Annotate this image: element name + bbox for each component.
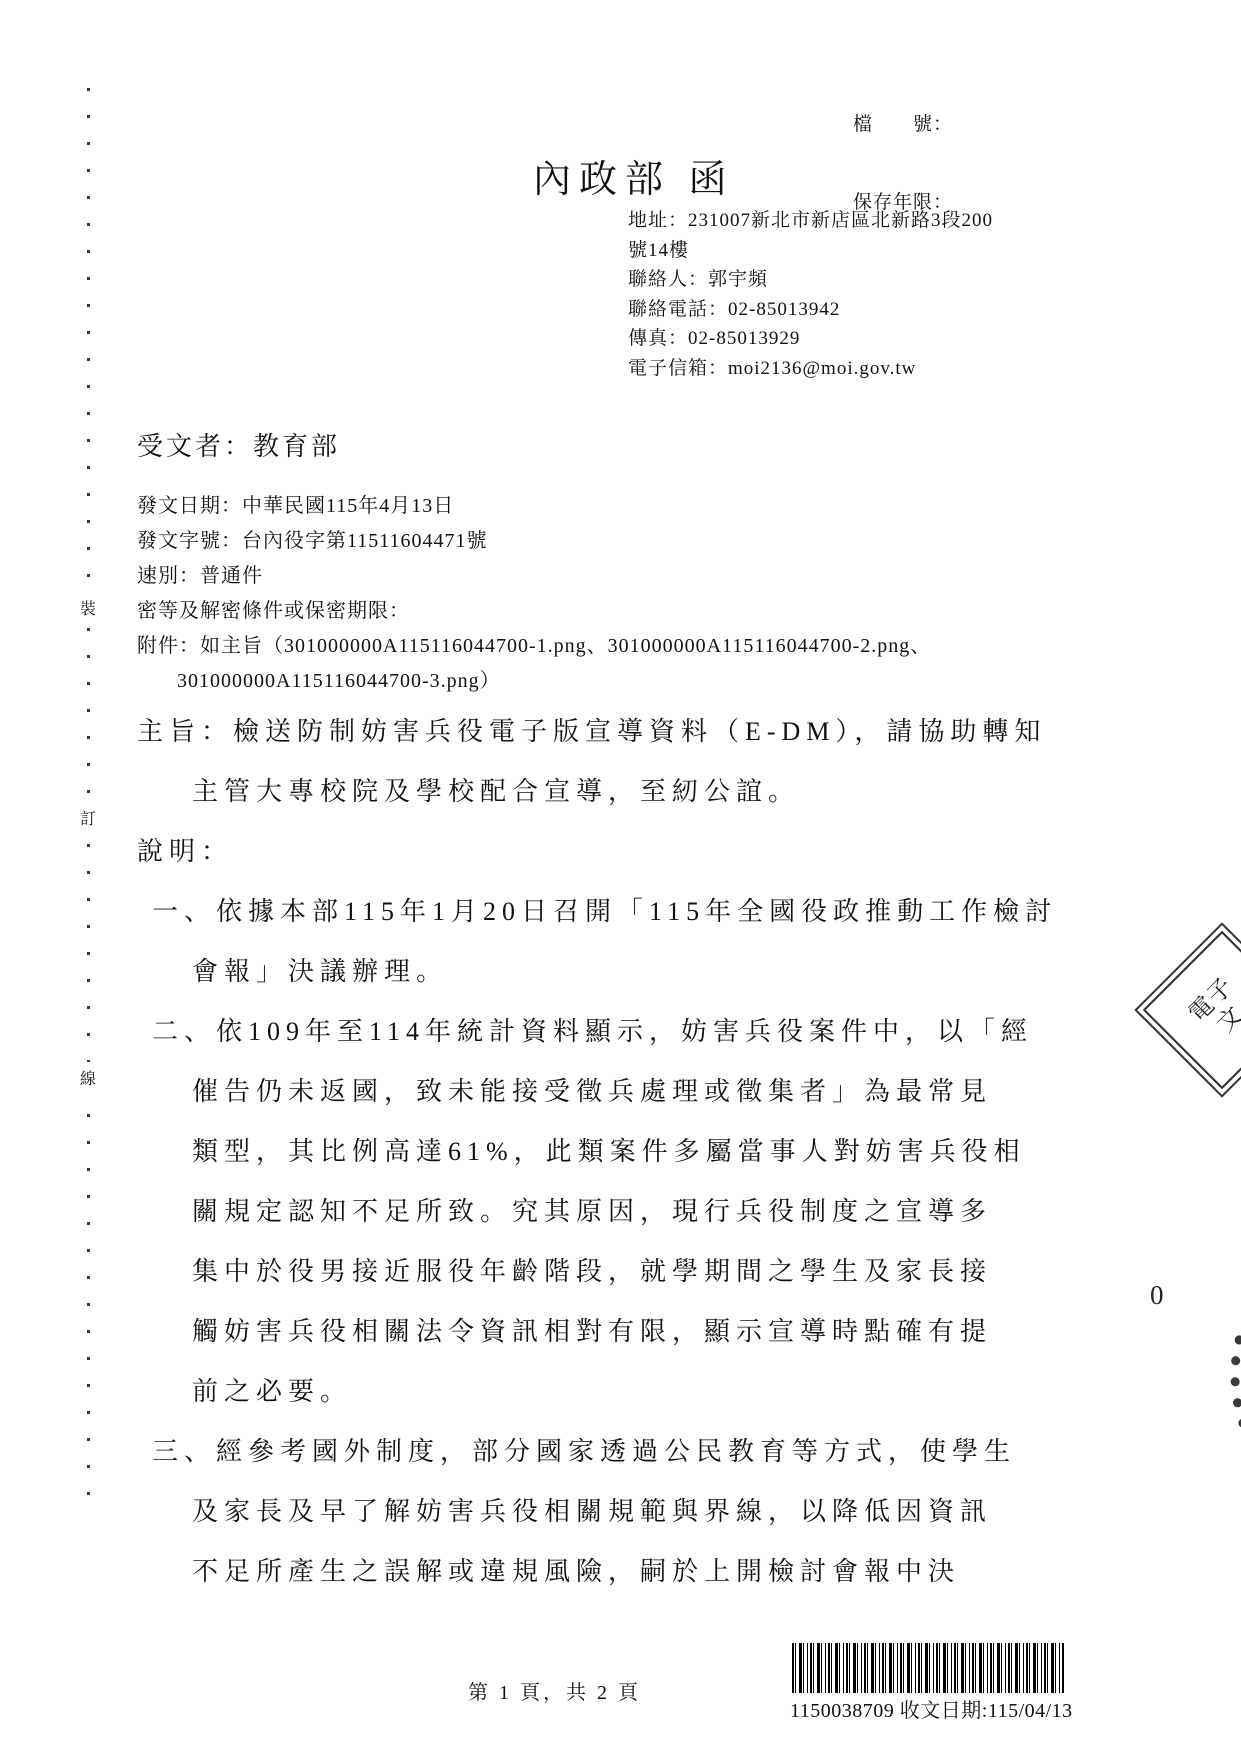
line-mark-label: 線 (76, 1062, 100, 1093)
body-line: 催告仍未返國，致未能接受徵兵處理或徵集者」為最常見 (137, 1062, 1097, 1122)
body-line: 會報」決議辦理。 (137, 942, 1097, 1002)
body-line: 二、依109年至114年統計資料顯示，妨害兵役案件中，以「經 (137, 1002, 1097, 1062)
body-line: 觸妨害兵役相關法令資訊相對有限，顯示宣導時點確有提 (137, 1302, 1097, 1362)
meta-issue-date: 發文日期：中華民國115年4月13日 (137, 489, 931, 524)
recipient-line: 受文者：教育部 (137, 426, 340, 463)
meta-attachment-line1: 附件：如主旨（301000000A115116044700-1.png、3010… (137, 629, 931, 664)
subject-line-2: 主管大專校院及學校配合宣導，至紉公誼。 (137, 762, 1097, 822)
meta-security-class: 密等及解密條件或保密期限： (137, 594, 931, 629)
body-line: 關規定認知不足所致。究其原因，現行兵役制度之宣導多 (137, 1182, 1097, 1242)
seal-digit: 0 (1150, 1280, 1164, 1311)
letter-body: 主旨：檢送防制妨害兵役電子版宣導資料（E-DM），請協助轉知 主管大專校院及學校… (137, 702, 1097, 1602)
body-line: 集中於役男接近服役年齡階段，就學期間之學生及家長接 (137, 1242, 1097, 1302)
sender-address-line1: 地址：231007新北市新店區北新路3段200 (628, 206, 993, 236)
official-seal (1150, 1240, 1241, 1460)
body-line: 類型，其比例高達61%，此類案件多屬當事人對妨害兵役相 (137, 1122, 1097, 1182)
body-line: 三、經參考國外制度，部分國家透過公民教育等方式，使學生 (137, 1422, 1097, 1482)
meta-doc-number: 發文字號：台內役字第11511604471號 (137, 524, 931, 559)
sender-contact-block: 地址：231007新北市新店區北新路3段200 號14樓 聯絡人：郭宇頻 聯絡電… (628, 206, 993, 383)
explanation-heading: 說明： (137, 822, 1097, 882)
sender-phone: 聯絡電話：02-85013942 (628, 295, 993, 325)
document-meta-block: 發文日期：中華民國115年4月13日 發文字號：台內役字第11511604471… (137, 489, 931, 699)
meta-speed-class: 速別：普通件 (137, 559, 931, 594)
body-line: 及家長及早了解妨害兵役相關規範與界線，以降低因資訊 (137, 1482, 1097, 1542)
page-number-footer: 第 1 頁，共 2 頁 (468, 1676, 641, 1705)
binding-mark-label: 裝 (76, 592, 100, 623)
electronic-exchange-stamp: 電子 文 (1134, 922, 1241, 1097)
electronic-exchange-stamp-border: 電子 文 (1143, 931, 1241, 1089)
body-line: 一、依據本部115年1月20日召開「115年全國役政推動工作檢討 (137, 882, 1097, 942)
sender-contact-person: 聯絡人：郭宇頻 (628, 265, 993, 295)
sender-email: 電子信箱：moi2136@moi.gov.tw (628, 354, 993, 384)
subject-line-1: 主旨：檢送防制妨害兵役電子版宣導資料（E-DM），請協助轉知 (137, 702, 1097, 762)
sender-fax: 傳真：02-85013929 (628, 324, 993, 354)
electronic-exchange-stamp-text: 電子 文 (1185, 973, 1241, 1048)
official-letter-page: 裝 訂 線 檔 號： 保存年限： 內政部 函 地址：231007新北市新店區北新… (0, 0, 1241, 1754)
meta-attachment-line2: 301000000A115116044700-3.png） (137, 664, 931, 699)
binding-dotted-line (87, 88, 90, 1510)
body-line: 不足所產生之誤解或違規風險，嗣於上開檢討會報中決 (137, 1542, 1097, 1602)
barcode (792, 1643, 1065, 1693)
document-title: 內政部 函 (533, 148, 735, 203)
file-number-label: 檔 號： (853, 112, 953, 138)
stapling-mark-label: 訂 (76, 802, 100, 833)
barcode-caption: 1150038709 收文日期:115/04/13 (790, 1694, 1073, 1723)
sender-address-line2: 號14樓 (628, 236, 993, 266)
body-line: 前之必要。 (137, 1362, 1097, 1422)
